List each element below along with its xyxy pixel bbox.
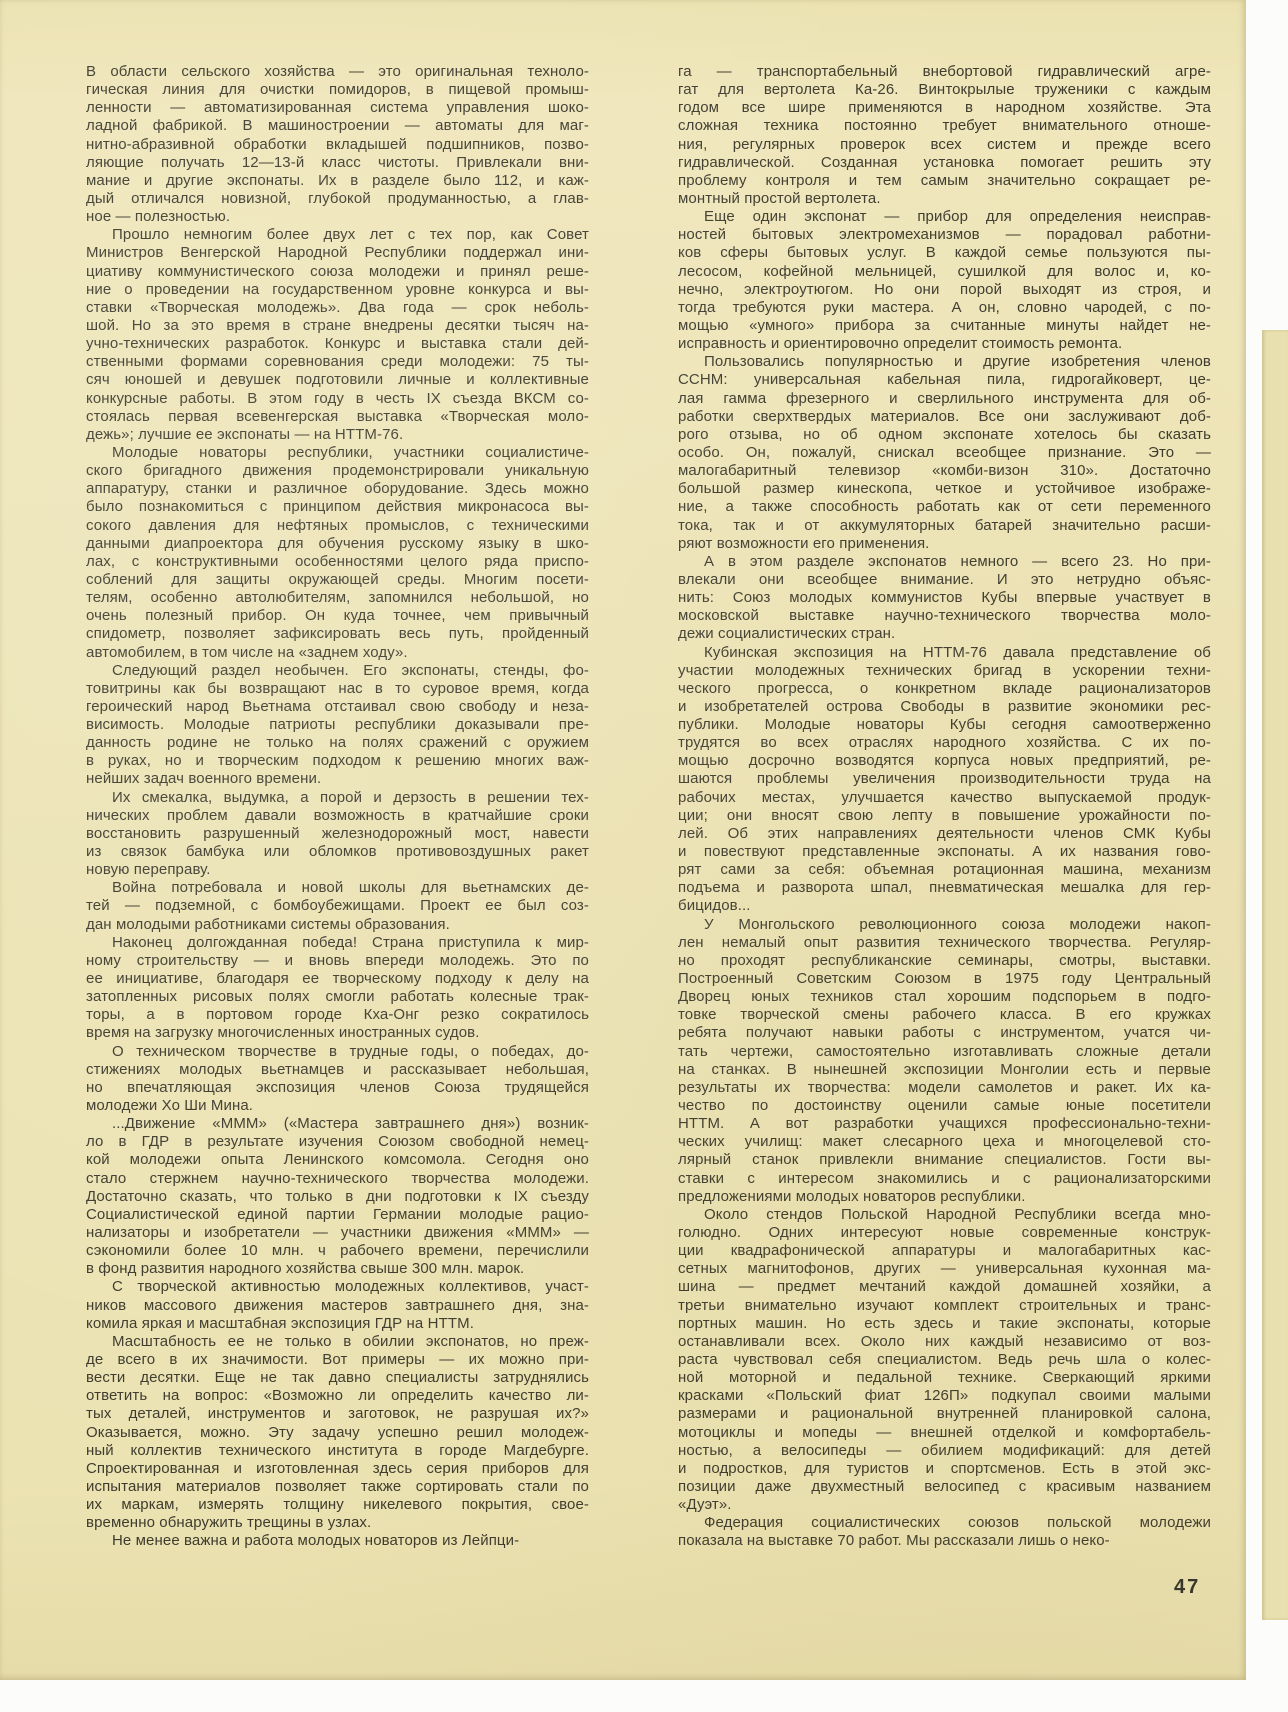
text-line: нализаторы и изобретатели — участники дв… — [86, 1224, 589, 1242]
text-line: НТТМ. А вот разработки учащихся професси… — [678, 1115, 1211, 1133]
text-line: очень полезный прибор. Он куда точнее, ч… — [86, 607, 589, 625]
text-line: из связок бамбука или обломков противово… — [86, 843, 589, 861]
text-line: Следующий раздел необычен. Его экспонаты… — [86, 662, 589, 680]
text-line: ному строительству — и вновь впереди мол… — [86, 952, 589, 970]
text-line: сложная техника постоянно требует внимат… — [678, 117, 1211, 135]
text-line: трудятся во всех отраслях народного хозя… — [678, 734, 1211, 752]
text-line: бицидов... — [678, 897, 1211, 915]
text-line: ков сферы бытовых услуг. В каждой семье … — [678, 244, 1211, 262]
text-line: в фонд развития народного хозяйства свыш… — [86, 1260, 589, 1278]
text-line: испытания материалов позволяет также сор… — [86, 1478, 589, 1496]
text-line: чество по достоинству оценили самые юные… — [678, 1097, 1211, 1115]
text-line: но проходят республиканские семинары, см… — [678, 952, 1211, 970]
text-line: предложениями молодых новаторов республи… — [678, 1188, 1211, 1206]
text-line: особо. Он, пожалуй, снискал всеобщее при… — [678, 444, 1211, 462]
text-line: Министров Венгерской Народной Республики… — [86, 244, 589, 262]
text-line: товитрины как бы возвращают нас в то сур… — [86, 680, 589, 698]
text-line: дый отличался новизной, глубокой продума… — [86, 190, 589, 208]
text-line: А в этом разделе экспонатов немного — вс… — [678, 553, 1211, 571]
text-line: рят сами за себя: объемная ротационная м… — [678, 861, 1211, 879]
text-line: товке творческой смены рабочего класса. … — [678, 1006, 1211, 1024]
text-line: Наконец долгожданная победа! Страна прис… — [86, 934, 589, 952]
text-line: стало стержнем научно-технического творч… — [86, 1170, 589, 1188]
text-line: сэкономили более 10 млн. ч рабочего врем… — [86, 1242, 589, 1260]
text-line: третьи внимательно изучают комплект стро… — [678, 1297, 1211, 1315]
text-line: затопленных рисовых полях смогли работат… — [86, 988, 589, 1006]
text-line: участии молодежных технических бригад в … — [678, 662, 1211, 680]
text-line: Масштабность ее не только в обилии экспо… — [86, 1333, 589, 1351]
text-line: ние о проведении на государственном уров… — [86, 281, 589, 299]
text-line: лярный станок привлекли внимание специал… — [678, 1151, 1211, 1169]
text-line: останавливали всех. Около них каждый нез… — [678, 1333, 1211, 1351]
text-line: нических проблем давали возможность в кр… — [86, 807, 589, 825]
text-line: комила яркая и масштабная экспозиция ГДР… — [86, 1315, 589, 1333]
text-line: У Монгольского революционного союза моло… — [678, 916, 1211, 934]
text-line: публики. Молодые новаторы Кубы сегодня с… — [678, 716, 1211, 734]
text-line: было познакомиться с принципом действия … — [86, 498, 589, 516]
text-line: ло в ГДР в результате изучения Союзом св… — [86, 1133, 589, 1151]
text-line: малогабаритный телевизор «комби-визон 31… — [678, 462, 1211, 480]
text-line: раста чувствовал себя специалистом. Ведь… — [678, 1351, 1211, 1369]
text-line: шаются проблемы увеличения производитель… — [678, 770, 1211, 788]
text-line: ное — полезностью. — [86, 208, 589, 226]
page-number: 47 — [1174, 1576, 1200, 1599]
text-line: данность родине не только на полях сраже… — [86, 734, 589, 752]
text-line: гическая линия для очистки помидоров, в … — [86, 81, 589, 99]
text-line: данными диапроектора для обучения русско… — [86, 535, 589, 553]
text-line: шой. Но за это время в стране внедрены д… — [86, 317, 589, 335]
text-line: восстановить разрушенный железнодорожный… — [86, 825, 589, 843]
text-line: ляющие получать 12—13-й класс чистоты. П… — [86, 154, 589, 172]
text-line: мощью «умного» прибора за считанные мину… — [678, 317, 1211, 335]
text-line: тать чертежи, самостоятельно изготавлива… — [678, 1043, 1211, 1061]
text-line: С творческой активностью молодежных колл… — [86, 1278, 589, 1296]
text-line: Кубинская экспозиция на НТТМ-76 давала п… — [678, 644, 1211, 662]
text-line: спидометр, позволяет зафиксировать весь … — [86, 625, 589, 643]
text-line: нейших задач военного времени. — [86, 770, 589, 788]
text-line: и подростков, для туристов и спортсменов… — [678, 1460, 1211, 1478]
text-line: мание и другие экспонаты. Их в разделе б… — [86, 172, 589, 190]
text-line: Молодые новаторы республики, участники с… — [86, 444, 589, 462]
text-line: лая гамма фрезерного и сверлильного инст… — [678, 390, 1211, 408]
text-line: молодежи Хо Ши Мина. — [86, 1097, 589, 1115]
text-line: соблений для защиты окружающей среды. Мн… — [86, 571, 589, 589]
text-line: дан молодыми работниками системы образов… — [86, 916, 589, 934]
text-line: но впечатляющая экспозиция членов Союза … — [86, 1079, 589, 1097]
adjacent-page-edge — [1262, 330, 1288, 1620]
text-line: Война потребовала и новой школы для вьет… — [86, 879, 589, 897]
text-line: проблему контроля и тем самым значительн… — [678, 172, 1211, 190]
text-line: «Дуэт». — [678, 1496, 1211, 1514]
text-line: ственными формами соревнования среди мол… — [86, 353, 589, 371]
text-line: монтный простой вертолета. — [678, 190, 1211, 208]
text-line: стижениях молодых вьетнамцев и рассказыв… — [86, 1061, 589, 1079]
text-line: ладной фабрикой. В машиностроении — авто… — [86, 117, 589, 135]
text-line: лен немалый опыт развития технического т… — [678, 934, 1211, 952]
text-line: лесосом, кофейной мельницей, сушилкой дл… — [678, 263, 1211, 281]
text-line: нитно-абразивной обработки вкладышей под… — [86, 136, 589, 154]
text-line: ского бригадного движения продемонстриро… — [86, 462, 589, 480]
text-line: Около стендов Польской Народной Республи… — [678, 1206, 1211, 1224]
text-line: на станках. В нынешней экспозиции Монгол… — [678, 1061, 1211, 1079]
text-line: портных машин. Но есть здесь и такие экс… — [678, 1315, 1211, 1333]
text-line: ный коллектив технического института в г… — [86, 1442, 589, 1460]
text-line: Построенный Советским Союзом в 1975 году… — [678, 970, 1211, 988]
text-line: героический народ Вьетнама отстаивал сво… — [86, 698, 589, 716]
text-line: голюдно. Одних интересуют новые современ… — [678, 1224, 1211, 1242]
text-line: сокого давления для нефтяных промыслов, … — [86, 517, 589, 535]
text-line: ников массового движения мастеров завтра… — [86, 1297, 589, 1315]
text-line: мощью досрочно возводятся корпуса новых … — [678, 752, 1211, 770]
text-line: де всего в их значимости. Вот примеры — … — [86, 1351, 589, 1369]
text-line: ленности — автоматизированная система уп… — [86, 99, 589, 117]
text-line: ставки с интересом знакомились и с рацио… — [678, 1170, 1211, 1188]
text-line: временно обнаружить трещины в узлах. — [86, 1514, 589, 1532]
text-line: в руках, но и творческим подходом к реше… — [86, 752, 589, 770]
text-line: телям, особенно автолюбителям, запомнилс… — [86, 589, 589, 607]
text-line: О техническом творчестве в трудные годы,… — [86, 1043, 589, 1061]
text-line: результаты их творчества: модели самолет… — [678, 1079, 1211, 1097]
text-line: гат для вертолета Ка-26. Винтокрылые тру… — [678, 81, 1211, 99]
text-line: конкурсные работы. В этом году в честь I… — [86, 390, 589, 408]
text-line: рабочих местах, улучшается качество выпу… — [678, 789, 1211, 807]
text-line: московской выставке научно-технического … — [678, 607, 1211, 625]
text-column-left: В области сельского хозяйства — это ориг… — [86, 63, 589, 1551]
text-line: ряют возможности его применения. — [678, 535, 1211, 553]
text-line: новую переправу. — [86, 861, 589, 879]
text-line: стоялась первая всевенгерская выставка «… — [86, 408, 589, 426]
text-line: шина — предмет мечтаний каждой домашней … — [678, 1278, 1211, 1296]
text-line: лах, с конструктивными особенностями цел… — [86, 553, 589, 571]
text-line: размерами и рациональной внутренней план… — [678, 1405, 1211, 1423]
text-line: нечно, электроутюгом. Но они порой выход… — [678, 281, 1211, 299]
text-line: и повествуют представленные экспонаты. А… — [678, 843, 1211, 861]
text-line: большой размер кинескопа, четкое и устой… — [678, 480, 1211, 498]
text-line: Социалистической единой партии Германии … — [86, 1206, 589, 1224]
text-line: ребята получают навыки работы с инструме… — [678, 1024, 1211, 1042]
text-line: ции квадрафонической аппаратуры и малога… — [678, 1242, 1211, 1260]
text-line: ставки «Творческая молодежь». Два года —… — [86, 299, 589, 317]
text-line: Оказывается, можно. Эту задачу успешно р… — [86, 1424, 589, 1442]
text-line: тых деталей, инструментов и заготовок, н… — [86, 1405, 589, 1423]
text-line: сетных магнитофонов, других — универсаль… — [678, 1260, 1211, 1278]
text-line: рого отзыва, но об одном экспонате хотел… — [678, 426, 1211, 444]
text-line: торы, а в портовом городе Кха-Онг резко … — [86, 1006, 589, 1024]
text-line: ностью, а велосипеды — обилием модификац… — [678, 1442, 1211, 1460]
text-line: ССНМ: универсальная кабельная пила, гидр… — [678, 371, 1211, 389]
text-line: дежь»; лучшие ее экспонаты — на НТТМ-76. — [86, 426, 589, 444]
paper-sheet: В области сельского хозяйства — это ориг… — [0, 0, 1246, 1680]
text-line: Их смекалка, выдумка, а порой и дерзость… — [86, 789, 589, 807]
text-line: влекали они всеобщее внимание. И это нет… — [678, 571, 1211, 589]
text-line: ческого прогресса, о конкретном вкладе р… — [678, 680, 1211, 698]
text-line: лей. Об этих направлениях деятельности ч… — [678, 825, 1211, 843]
text-line: циативу коммунистического союза молодежи… — [86, 263, 589, 281]
text-line: время на загрузку многочисленных иностра… — [86, 1024, 589, 1042]
text-line: Пользовались популярностью и другие изоб… — [678, 353, 1211, 371]
scanned-magazine-page: В области сельского хозяйства — это ориг… — [0, 0, 1288, 1712]
text-line: красками «Польский фиат 126П» подкупал с… — [678, 1387, 1211, 1405]
text-line: тей — подземной, с бомбоубежищами. Проек… — [86, 897, 589, 915]
text-line: мотоциклы и мопеды — внешней отделкой и … — [678, 1424, 1211, 1442]
text-line: показала на выставке 70 работ. Мы расска… — [678, 1532, 1211, 1550]
text-line: работки сверхтвердых материалов. Все они… — [678, 408, 1211, 426]
text-line: Не менее важна и работа молодых новаторо… — [86, 1532, 589, 1550]
text-line: их маркам, измерять толщину никелевого п… — [86, 1496, 589, 1514]
text-line: висимость. Молодые патриоты республики д… — [86, 716, 589, 734]
text-line: Дворец юных техников стал хорошим подспо… — [678, 988, 1211, 1006]
text-line: и изобретателей острова Свободы в развит… — [678, 698, 1211, 716]
text-line: тока, так и от аккумуляторных батарей зн… — [678, 517, 1211, 535]
text-line: гидравлической. Созданная установка помо… — [678, 154, 1211, 172]
text-line: Прошло немногим более двух лет с тех пор… — [86, 226, 589, 244]
text-line: ной моторной и педальной технике. Сверка… — [678, 1369, 1211, 1387]
text-line: вести десятки. Еще не так давно специали… — [86, 1369, 589, 1387]
text-line: сяч юношей и девушек подготовили личные … — [86, 371, 589, 389]
text-line: ностей бытовых электромеханизмов — порад… — [678, 226, 1211, 244]
text-line: Спроектированная и изготовленная здесь с… — [86, 1460, 589, 1478]
text-line: Достаточно сказать, что только в дни под… — [86, 1188, 589, 1206]
text-line: аппаратуру, станки и различное оборудова… — [86, 480, 589, 498]
text-line: дежи социалистических стран. — [678, 625, 1211, 643]
text-line: ответить на вопрос: «Возможно ли определ… — [86, 1387, 589, 1405]
text-line: Еще один экспонат — прибор для определен… — [678, 208, 1211, 226]
text-line: га — транспортабельный внебортовой гидра… — [678, 63, 1211, 81]
text-line: исправность и ориентировочно определит с… — [678, 335, 1211, 353]
text-line: позиции даже двухместный велосипед с кра… — [678, 1478, 1211, 1496]
text-line: нить: Союз молодых коммунистов Кубы впер… — [678, 589, 1211, 607]
text-line: ...Движение «МММ» («Мастера завтрашнего … — [86, 1115, 589, 1133]
text-line: кой молодежи опыта Ленинского комсомола.… — [86, 1151, 589, 1169]
text-line: Федерация социалистических союзов польск… — [678, 1514, 1211, 1532]
text-line: тогда требуются руки мастера. А он, слов… — [678, 299, 1211, 317]
text-line: подъема и разворота шпал, пневматическая… — [678, 879, 1211, 897]
text-line: ции; они вносят свою лепту в повышение у… — [678, 807, 1211, 825]
text-line: ние, а также способность работать как от… — [678, 498, 1211, 516]
text-line: автомобилем, в том числе на «заднем ходу… — [86, 644, 589, 662]
text-line: учно-технических разработок. Конкурс и в… — [86, 335, 589, 353]
text-line: ния, регулярных проверок всех систем и п… — [678, 136, 1211, 154]
text-line: годом все шире применяются в народном хо… — [678, 99, 1211, 117]
text-line: ее инициативе, благодаря ее творческому … — [86, 970, 589, 988]
text-column-right: га — транспортабельный внебортовой гидра… — [678, 63, 1211, 1551]
text-line: ческих училищ: макет слесарного цеха и м… — [678, 1133, 1211, 1151]
text-line: В области сельского хозяйства — это ориг… — [86, 63, 589, 81]
